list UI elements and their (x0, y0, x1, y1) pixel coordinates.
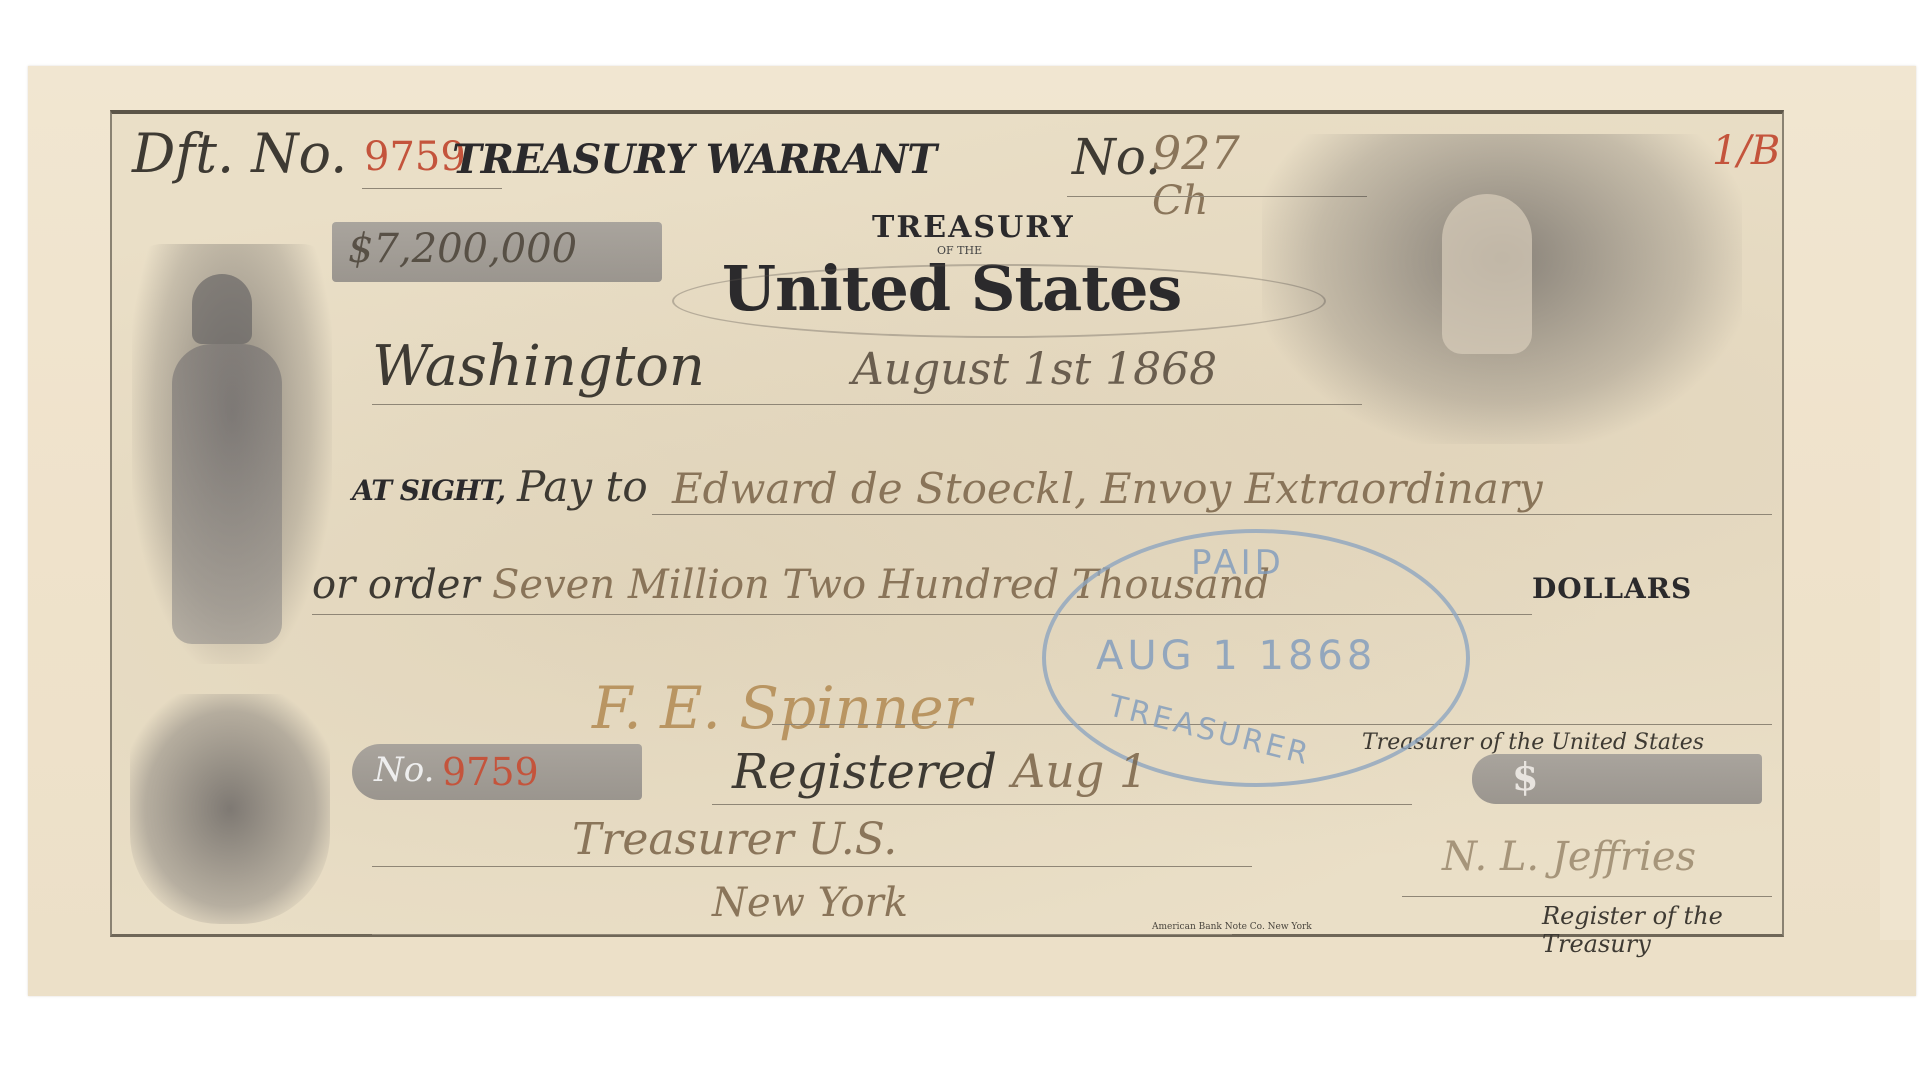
draft-label: Dft. No. (132, 122, 347, 185)
place: Washington (372, 334, 705, 399)
register-amount-box: $ (1512, 754, 1538, 799)
registered-date: Aug 1 (1012, 744, 1148, 798)
payee: Edward de Stoeckl, Envoy Extraordinary (672, 464, 1543, 513)
pay-to-label: Pay to (517, 462, 648, 511)
liberty-helmet-icon (192, 274, 252, 344)
treasury-warrant: Dft. No. 9759 TREASURY WARRANT No. 927 C… (110, 110, 1784, 937)
shield-vignette-icon (130, 694, 330, 924)
issuer-top: TREASURY (872, 210, 1075, 245)
dollars-label: DOLLARS (1532, 572, 1692, 605)
order-label: or order (312, 562, 480, 608)
title-flourish (672, 264, 1326, 338)
date: August 1st 1868 (852, 344, 1217, 395)
register-no-label: No. (374, 750, 434, 790)
seated-figure-icon (1442, 194, 1532, 354)
treasurer-signature: F. E. Spinner (592, 674, 971, 742)
stamp-top-text: PAID (1191, 543, 1285, 583)
registered-label: Registered (732, 744, 997, 800)
liberty-figure-icon (172, 344, 282, 644)
payable-at-line1: Treasurer U.S. (572, 814, 897, 865)
register-caption: Register of the Treasury (1542, 902, 1782, 958)
warrant-number: 927 (1152, 126, 1240, 180)
paper-edge (1880, 120, 1916, 940)
warrant-title: TREASURY WARRANT (452, 136, 936, 183)
amount-box: $7,200,000 (348, 226, 577, 272)
printer-imprint: American Bank Note Co. New York (1152, 922, 1312, 932)
register-signature: N. L. Jeffries (1442, 834, 1696, 880)
pay-prefix: AT SIGHT, (352, 474, 505, 507)
register-number: 9759 (442, 750, 539, 794)
warrant-no-label: No. (1072, 128, 1161, 186)
payable-at-line2: New York (712, 880, 908, 926)
warrant-annotation: Ch (1152, 178, 1208, 224)
stamp-middle-text: AUG 1 1868 (1096, 633, 1376, 679)
corner-annotation: 1/B (1712, 128, 1780, 174)
draft-number: 9759 (364, 134, 466, 180)
